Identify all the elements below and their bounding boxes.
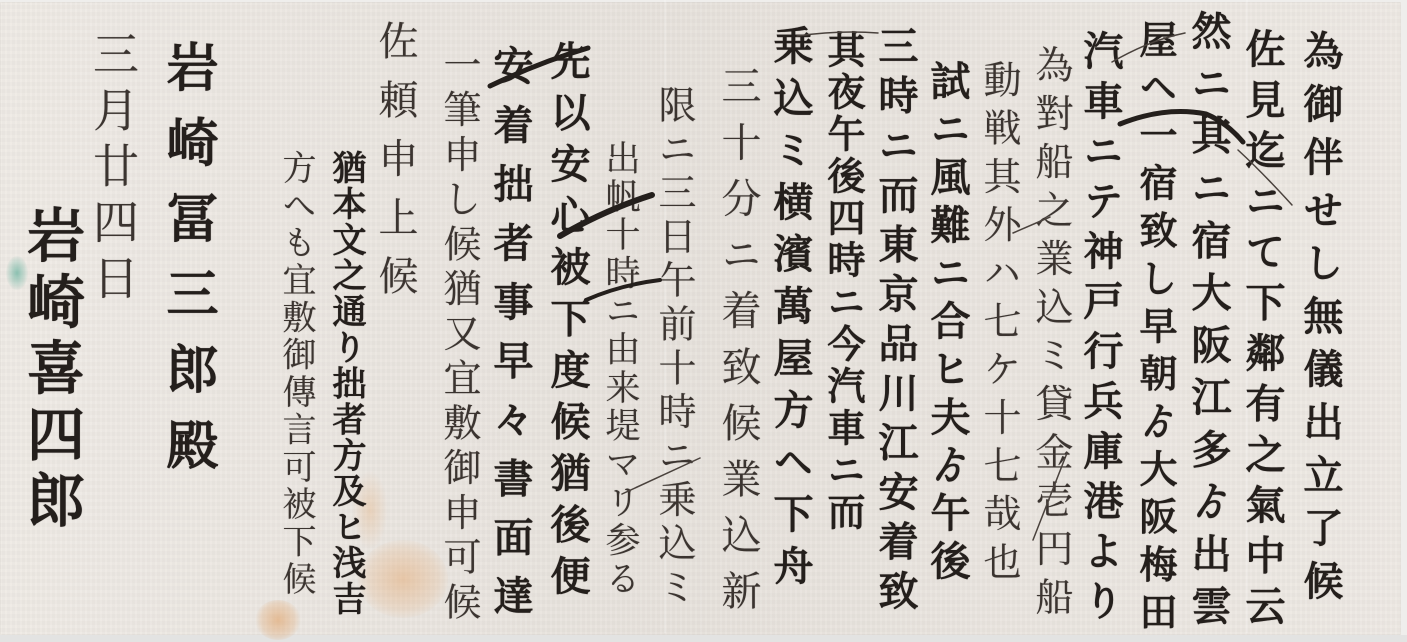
- letter-body-column: 動戦其外ハ七ケ十七哉也: [975, 60, 1021, 580]
- letter-body-column: 限ニ三日午前十時ニ乗込ミ: [650, 85, 696, 605]
- letter-date: 三月廿四日: [85, 30, 140, 300]
- letter-body-column: 試ニ風難ニ合ヒ夫ゟ午後: [923, 60, 971, 580]
- letter-body-column: 安着拙者事早々書面達: [486, 45, 534, 615]
- letter-body-column: 出帆十時ニ由来堤マリ参る: [599, 140, 641, 595]
- letter-body-column: 三時ニ而東京品川江安着致: [871, 25, 919, 610]
- letter-body-column: 汽車ニテ神戸行兵庫港より: [1076, 30, 1124, 620]
- letter-body-column: 然ニ其ニ宿大阪江多ゟ出雲: [1184, 10, 1232, 625]
- letter-body-column: 為對船之業込ミ貸金壱円船: [1027, 45, 1073, 615]
- paper-stain: [255, 600, 301, 640]
- postscript-column: 方へも宜敷御傳言可被下候: [275, 150, 316, 595]
- letter-body-column: 一筆申し候猶又宜敷御申可候: [435, 45, 481, 620]
- scan-background-strip: [0, 635, 1407, 642]
- letter-body-column: 乗込ミ横濱萬屋方ヘ下舟: [766, 25, 814, 585]
- letter-body-column: 屋ヘ一宿致し早朝ゟ大阪梅田: [1132, 20, 1178, 630]
- letter-body-column: 佐頼申上候: [371, 20, 419, 295]
- postscript-column: 猶本文之通り拙者方及ヒ浅吉: [325, 150, 366, 615]
- addressee-name: 岩崎冨三郎殿: [156, 40, 218, 470]
- letter-body-column: 三十分ニ着致候業込新: [714, 65, 762, 610]
- letter-body-column: 為御伴せし無儀出立了候: [1296, 30, 1344, 600]
- sender-name: 岩崎喜四郎: [15, 205, 85, 528]
- letter-body-column: 其夜午後四時ニ今汽車ニ而: [820, 30, 866, 530]
- letter-body-column: 佐見迄ニて下鄰有之氣中云: [1238, 28, 1286, 625]
- letter-body-column: 先以安心被下度候猶後便: [543, 40, 591, 595]
